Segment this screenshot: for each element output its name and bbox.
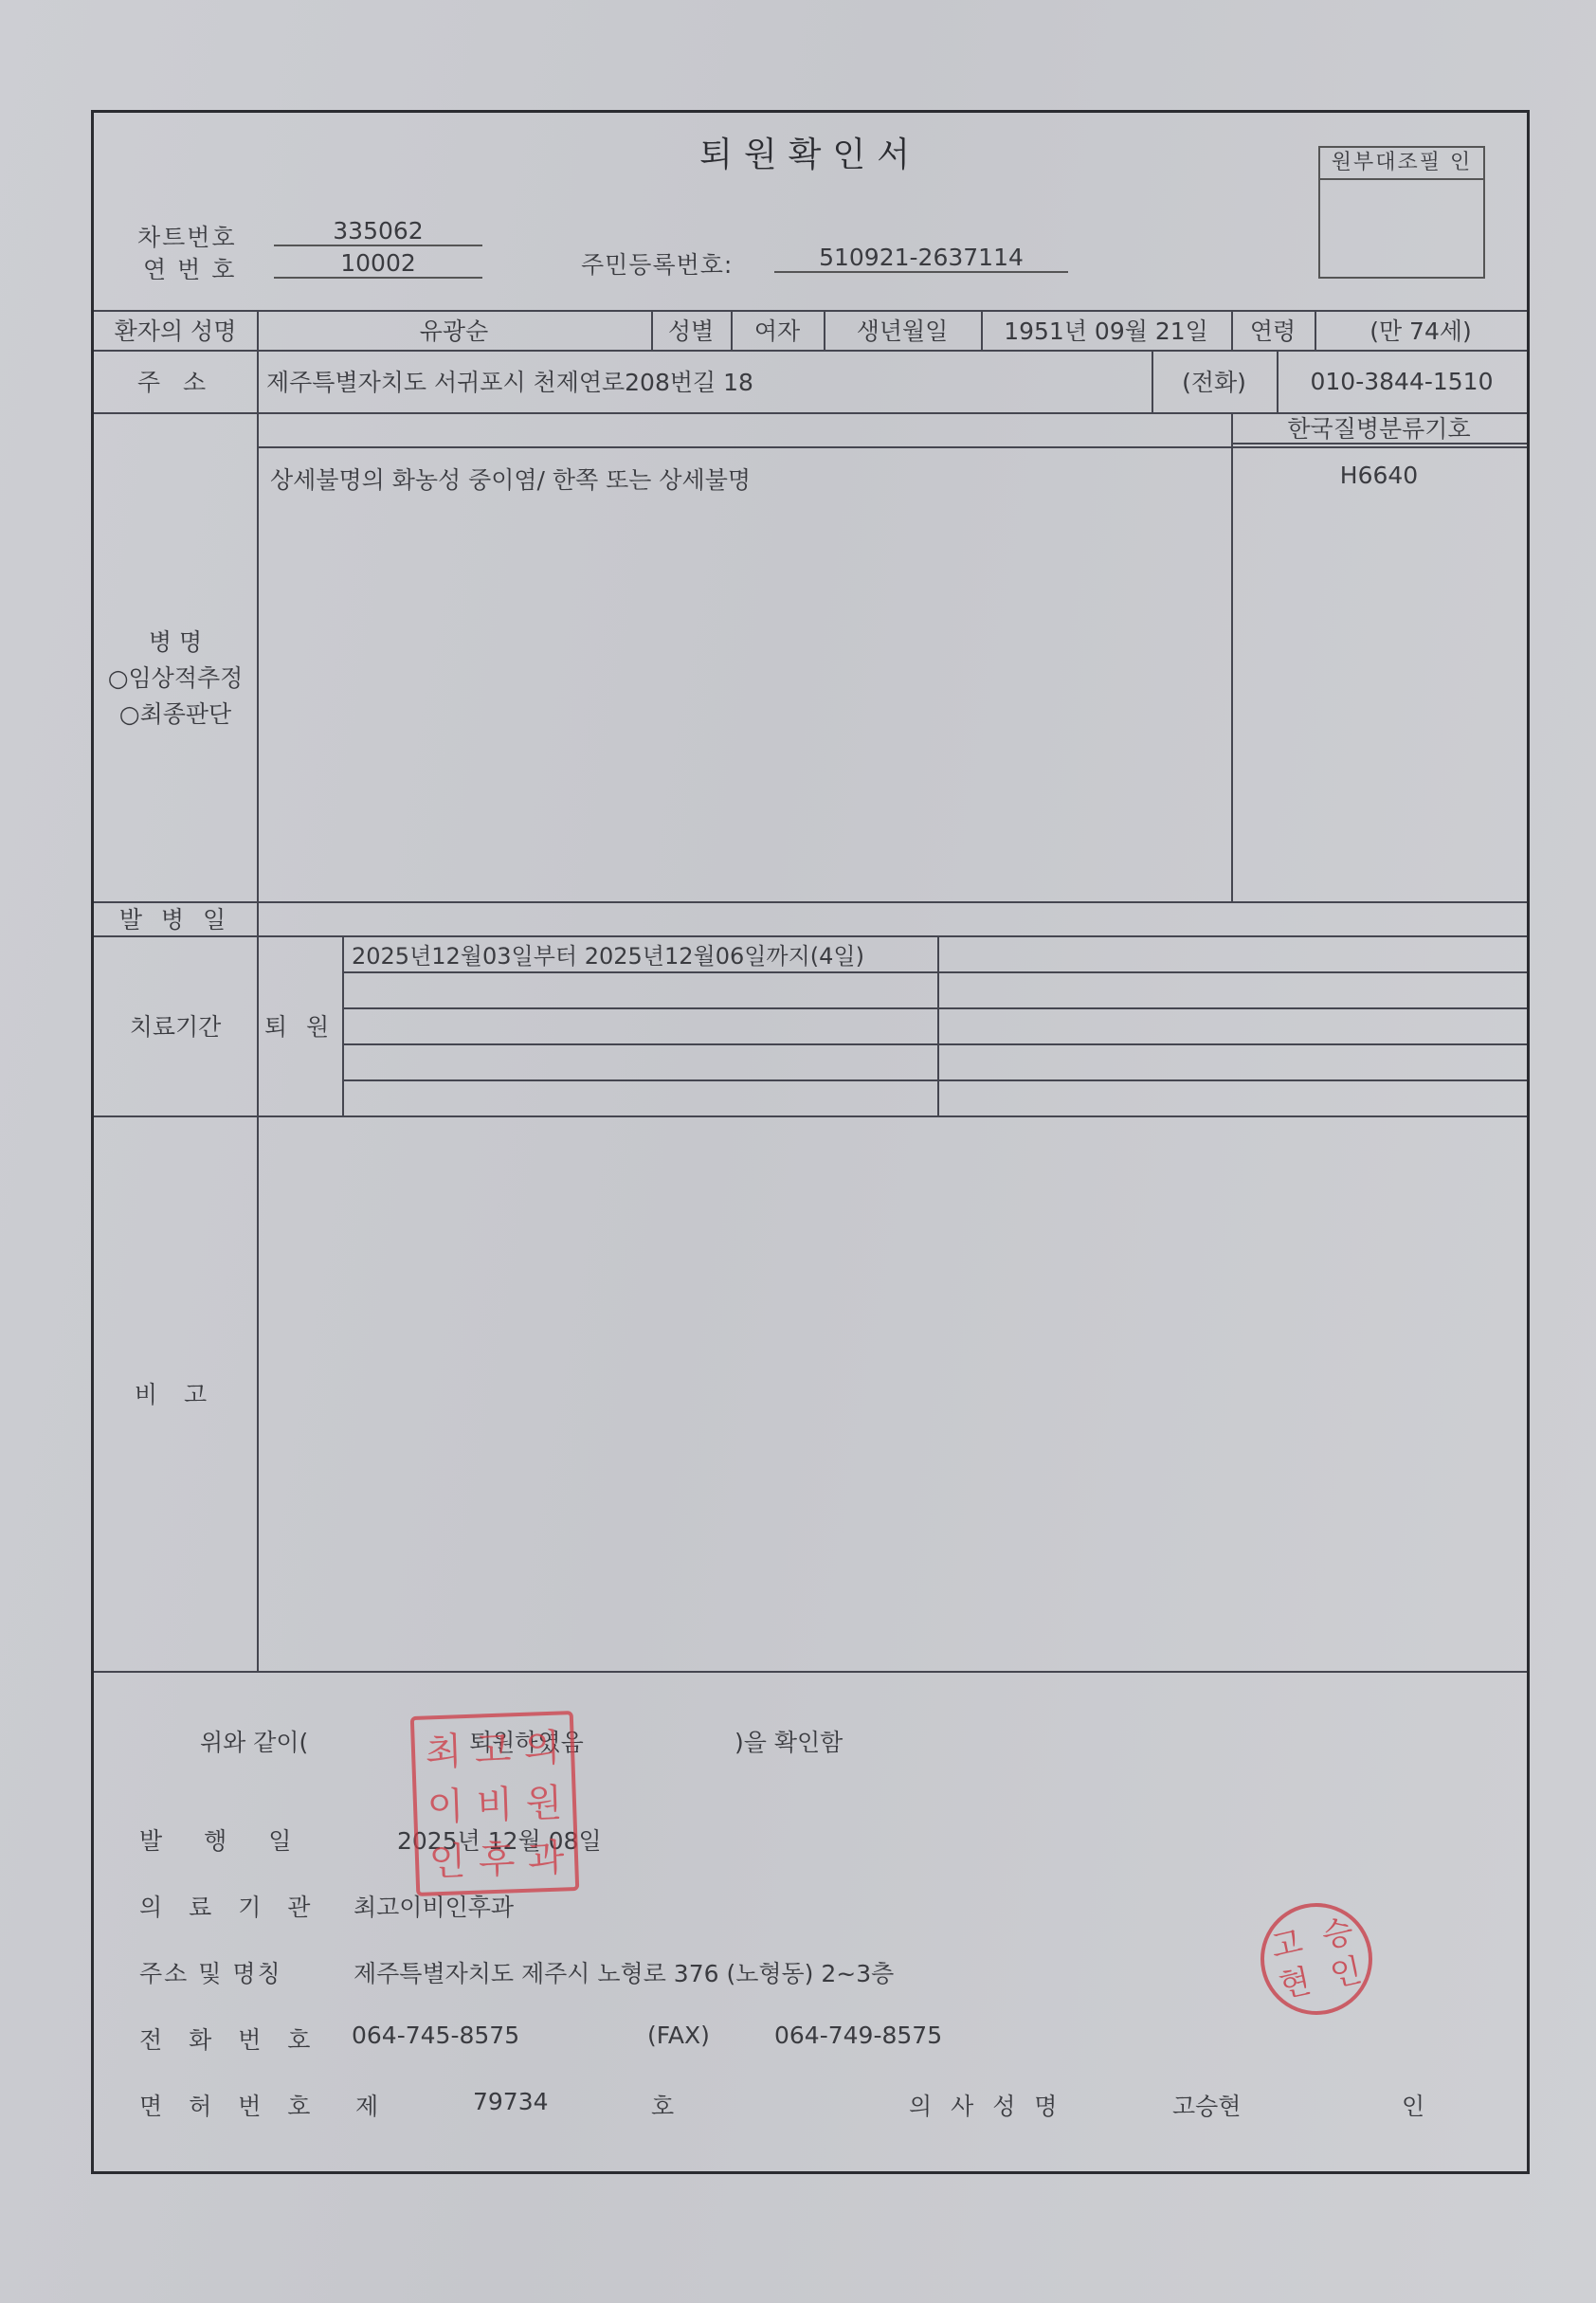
fax-label: (FAX)	[647, 2022, 710, 2049]
issue-date-label: 발 행 일	[139, 1822, 308, 1857]
seal-char: 고	[467, 1722, 518, 1779]
treatment-period-label: 치료기간	[94, 935, 257, 1115]
sex-label: 성별	[651, 310, 731, 350]
treatment-row	[342, 1079, 939, 1115]
onset-value	[257, 901, 1527, 935]
clinical-estimate-option: ○임상적추정	[94, 661, 257, 697]
address-value: 제주특별자치도 서귀포시 천제연로208번길 18	[257, 350, 1148, 412]
seal-char: 인	[422, 1834, 473, 1891]
license-no: 79734	[473, 2088, 549, 2115]
rrn-value: 510921-2637114	[774, 244, 1068, 273]
phone-value: 010-3844-1510	[1277, 350, 1527, 412]
treatment-row	[342, 1007, 939, 1043]
dob-value: 1951년 09월 21일	[981, 310, 1231, 350]
age-label: 연령	[1231, 310, 1315, 350]
patient-name-label: 환자의 성명	[94, 310, 257, 350]
phone-label: (전화)	[1152, 350, 1277, 412]
patient-name-value: 유광순	[257, 310, 651, 350]
chart-no-value: 335062	[274, 217, 482, 246]
remarks-label: 비 고	[94, 1115, 257, 1671]
treatment-row: 2025년12월03일부터 2025년12월06일까지(4일)	[342, 935, 939, 971]
doctor-name-label: 의 사 성 명	[909, 2088, 1062, 2122]
treatment-row	[342, 971, 939, 1007]
verification-stamp-box: 원부대조필 인	[1318, 146, 1485, 279]
institution-phone-value: 064-745-8575	[352, 2022, 519, 2049]
diagnosis-label: 병 명 ○임상적추정 ○최종판단	[94, 625, 257, 733]
address-label: 주 소	[94, 350, 257, 412]
onset-label: 발 병 일	[94, 901, 257, 935]
treatment-row	[342, 1043, 939, 1079]
seal-char: 원	[518, 1775, 570, 1832]
document-title: 퇴원확인서	[94, 128, 1527, 176]
seal-char: 비	[469, 1777, 520, 1834]
seal-char: 최	[418, 1724, 469, 1781]
doctor-name-value: 고승현	[1172, 2088, 1241, 2122]
confirmation-prefix: 위와 같이(	[200, 1724, 308, 1758]
seal-char: 과	[520, 1830, 571, 1887]
seal-char: 이	[420, 1779, 471, 1836]
fax-value: 064-749-8575	[774, 2022, 942, 2049]
institution-phone-label: 전 화 번 호	[139, 2022, 319, 2056]
institution-seal-stamp: 최 고 의 이 비 원 인 후 과	[410, 1711, 580, 1896]
license-suffix: 호	[651, 2088, 674, 2122]
seal-char: 후	[471, 1832, 522, 1889]
serial-no-label: 연 번 호	[143, 251, 236, 285]
chart-no-label: 차트번호	[137, 219, 237, 253]
confirmation-suffix: )을 확인함	[735, 1724, 843, 1758]
diagnosis-name: 상세불명의 화농성 중이염/ 한쪽 또는 상세불명	[270, 462, 751, 496]
rrn-label: 주민등록번호:	[581, 246, 733, 281]
discharge-certificate-form: 퇴원확인서 차트번호 335062 연 번 호 10002 주민등록번호: 51…	[91, 110, 1530, 2174]
seal-char: 의	[517, 1720, 568, 1777]
kcd-code-header: 한국질병분류기호	[1231, 412, 1527, 443]
treatment-type-label: 퇴 원	[257, 935, 342, 1115]
diagnosis-code: H6640	[1231, 462, 1527, 489]
license-prefix: 제	[355, 2088, 378, 2122]
institution-label: 의 료 기 관	[139, 1889, 319, 1923]
institution-address-value: 제주특별자치도 제주시 노형로 376 (노형동) 2~3층	[354, 1955, 894, 1989]
remarks-value	[257, 1115, 1527, 1671]
age-value: (만 74세)	[1315, 310, 1527, 350]
diagnosis-label-title: 병 명	[94, 625, 257, 661]
dob-label: 생년월일	[824, 310, 981, 350]
final-judgment-option: ○최종판단	[94, 697, 257, 733]
seal-suffix: 인	[1402, 2088, 1424, 2122]
sex-value: 여자	[731, 310, 824, 350]
license-label: 면 허 번 호	[139, 2088, 319, 2122]
serial-no-value: 10002	[274, 249, 482, 279]
institution-address-label: 주소 및 명칭	[139, 1955, 282, 1989]
verification-stamp-label: 원부대조필 인	[1320, 148, 1483, 180]
